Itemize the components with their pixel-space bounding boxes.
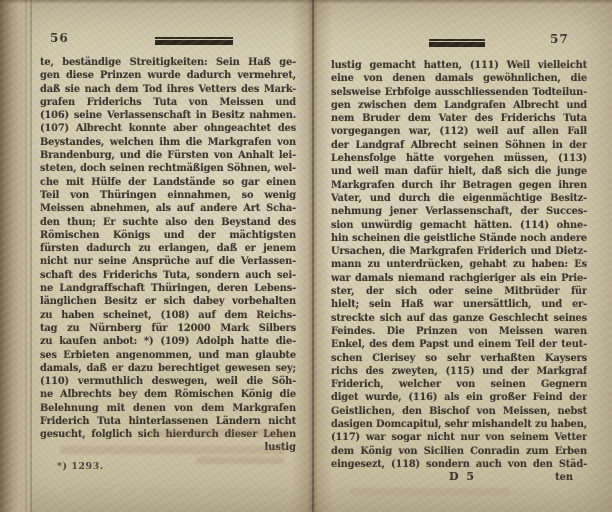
text-block-left: te, beständige Streitigkeiten: Sein Haß … xyxy=(40,56,296,443)
text-line: hielt; sein Haß war unersättlich, und er… xyxy=(331,298,587,311)
text-line: tag zu Nürnberg für 12000 Mark Silbers xyxy=(40,322,296,335)
text-line: ses Erbieten angenommen, und man glaubte xyxy=(40,349,296,362)
text-line: Lehensfolge hätte vorgehen müssen, (113) xyxy=(331,152,587,165)
signature-mark: D 5 xyxy=(449,470,476,483)
text-line: zu kaufen anbot: *) (109) Adolph hatte d… xyxy=(40,335,296,348)
text-line: grafen Friderichs Tuta von Meissen und L… xyxy=(40,96,296,109)
text-line: (107) Albrecht konnte aber ohngeachtet d… xyxy=(40,122,296,135)
text-line: (106) seine Verlassenschaft in Besitz na… xyxy=(40,109,296,122)
footnote-left: *) 1293. xyxy=(57,461,104,473)
text-line: hin scheinen die geistliche Stände noch … xyxy=(331,232,587,245)
text-line: richs des zweyten, (115) und der Markgra… xyxy=(331,365,587,378)
text-line: dem König von Sicilien Conradin zum Erbe… xyxy=(331,445,587,458)
text-line: damals, daß er dazu berechtiget gewesen … xyxy=(40,362,296,375)
page-number-right: 57 xyxy=(550,32,569,46)
text-line: ster, der sich oder seine Mitbrüder für … xyxy=(331,285,587,298)
text-line: länglichen Besitz er sich dabey vorbehal… xyxy=(40,295,296,308)
text-line: mann zu unterdrücken, gehabt zu haben: E… xyxy=(331,258,587,271)
text-line: ne Albrechts bey dem Römischen König die xyxy=(40,388,296,401)
text-line: nehmung jener Verlassenschaft, der Succe… xyxy=(331,205,587,218)
text-line: (110) vermuthlich deswegen, weil die Söh… xyxy=(40,375,296,388)
text-line: eine von denen damals gewöhnlichen, die … xyxy=(331,72,587,85)
signature-line: D 5 ten xyxy=(331,470,587,485)
text-line: Beystandes, welchen ihm die Markgrafen v… xyxy=(40,136,296,149)
show-through-mark xyxy=(60,446,286,454)
text-line: Römischen Königs und der mächtigsten Rei… xyxy=(40,229,296,242)
text-line: sion unwürdig gemacht hätten. (114) ohne… xyxy=(331,219,587,232)
text-line: gen diese Prinzen wurde dadurch vermehre… xyxy=(40,69,296,82)
text-line: Geistlichen, den Bischof von Meissen, ne… xyxy=(331,405,587,418)
text-line: che mit Hülfe der Landstände so gar eine… xyxy=(40,176,296,189)
text-line: der Landgraf Albrecht seinen Söhnen in d… xyxy=(331,139,587,152)
text-line: Belehnung mit denen von dem Markgrafen xyxy=(40,402,296,415)
text-line: te, beständige Streitigkeiten: Sein Haß … xyxy=(40,56,296,69)
show-through-mark xyxy=(350,488,510,495)
catchword-right: ten xyxy=(555,471,573,484)
text-line: steten, doch seinen rechtmäßigen Söhnen,… xyxy=(40,162,296,175)
text-line: Feindes. Die Prinzen von Meissen waren xyxy=(331,325,587,338)
header-rule-ornament-right xyxy=(429,39,485,47)
book-fore-edge xyxy=(0,0,32,512)
text-line: Friderich, welcher von seinen Gegnern be… xyxy=(331,378,587,391)
text-line: Ursachen, die Markgrafen Friderich und D… xyxy=(331,245,587,258)
text-line: war damals niemand rachgieriger als ein … xyxy=(331,272,587,285)
text-line: ne Landgraffschaft Thüringen, deren Lebe… xyxy=(40,282,296,295)
text-line: dasigen Domcapitul, sehr mishandelt zu h… xyxy=(331,418,587,431)
text-line: diget wurde, (116) als ein großer Feind … xyxy=(331,391,587,404)
page-number-left: 56 xyxy=(50,31,69,45)
text-line: Meissen abnehmen, als auf andere Art Sch… xyxy=(40,202,296,215)
show-through-mark xyxy=(196,457,284,464)
text-line: Enkel, des dem Papst und einem Teil der … xyxy=(331,338,587,351)
text-line: und weil man dafür hielt, daß sich die j… xyxy=(331,165,587,178)
text-line: schen Clerisey so sehr verhaßten Kaysers… xyxy=(331,352,587,365)
text-line: Brandenburg, und die Fürsten von Anhalt … xyxy=(40,149,296,162)
text-line: Teil von Thüringen einnahmen, so wenig xyxy=(40,189,296,202)
show-through-mark xyxy=(150,429,288,437)
book-scan: 56 te, beständige Streitigkeiten: Sein H… xyxy=(0,0,612,512)
text-line: Markgrafen durch ihr Betragen gegen ihre… xyxy=(331,179,587,192)
text-line: selsweise Erbfolge ausschliessenden Todt… xyxy=(331,86,587,99)
text-line: streckte sich auf das ganze Geschlecht s… xyxy=(331,312,587,325)
text-line: nicht nur seine Ansprüche auf die Verlas… xyxy=(40,255,296,268)
text-line: zu haben scheinet, (108) auf dem Reichs- xyxy=(40,309,296,322)
text-line: schaft des Friderichs Tuta, sondern auch… xyxy=(40,269,296,282)
text-line: (117) war sogar nicht nur von seinem Vet… xyxy=(331,431,587,444)
text-line: fürsten dadurch zu erlangen, daß er jene… xyxy=(40,242,296,255)
text-line: lustig gemacht hatten, (111) Weil vielle… xyxy=(331,59,587,72)
text-line: Friderich Tuta hinterlassenen Ländern ni… xyxy=(40,415,296,428)
text-line: daß sie nach dem Tod ihres Vetters des M… xyxy=(40,83,296,96)
text-block-right: lustig gemacht hatten, (111) Weil vielle… xyxy=(331,59,587,472)
text-line: den thun; Er suchte also den Beystand de… xyxy=(40,216,296,229)
book-gutter-shadow xyxy=(291,0,333,512)
text-line: vorgegangen war, (112) weil auf allen Fa… xyxy=(331,125,587,138)
text-line: Vater, und durch die eigenmächtige Besit… xyxy=(331,192,587,205)
text-line: gen zwischen dem Landgrafen Albrecht und… xyxy=(331,99,587,112)
text-line: nem Bruder dem Vater des Friderichs Tuta xyxy=(331,112,587,125)
header-rule-ornament-left xyxy=(155,37,233,45)
